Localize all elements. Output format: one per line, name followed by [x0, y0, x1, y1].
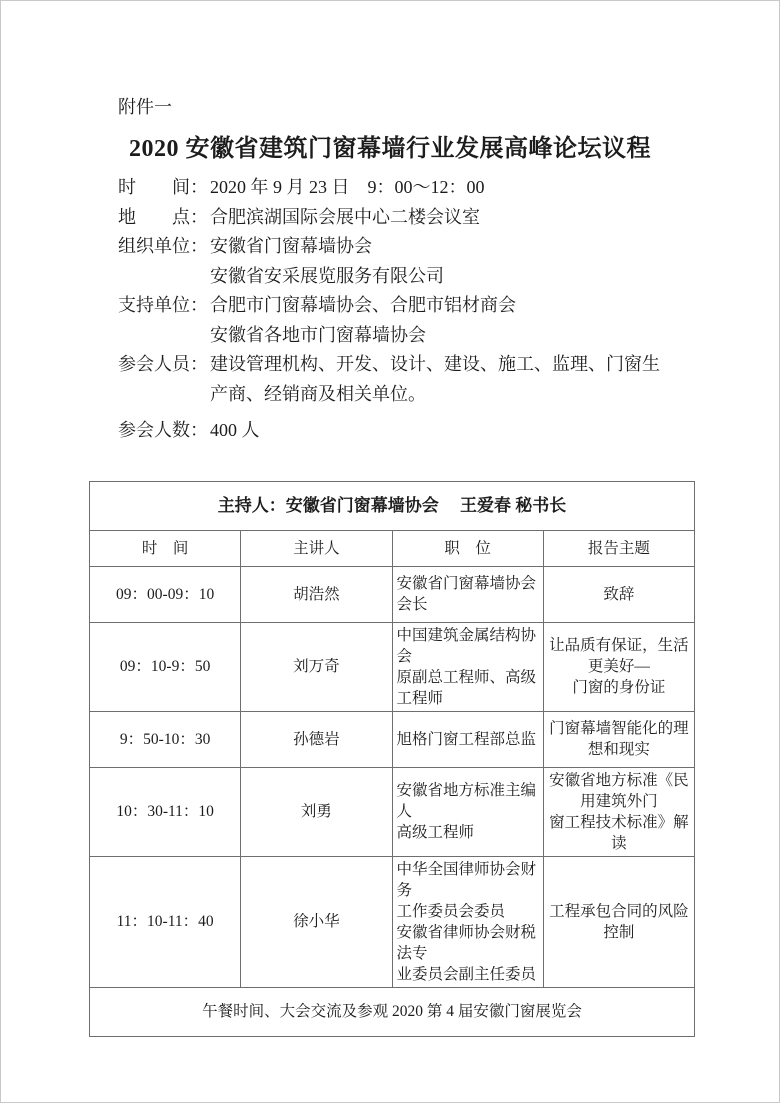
cell-speaker: 孙德岩	[241, 711, 392, 767]
cell-position: 安徽省地方标准主编人 高级工程师	[392, 767, 543, 856]
info-value-organizer: 安徽省门窗幕墙协会 安徽省安采展览服务有限公司	[210, 232, 719, 291]
cell-speaker: 胡浩然	[241, 566, 392, 622]
info-value-location: 合肥滨湖国际会展中心二楼会议室	[210, 203, 719, 233]
table-row: 09：00-09：10 胡浩然 安徽省门窗幕墙协会会长 致辞	[90, 566, 695, 622]
cell-time: 10：30-11：10	[90, 767, 241, 856]
cell-speaker: 徐小华	[241, 856, 392, 987]
cell-topic: 安徽省地方标准《民用建筑外门 窗工程技术标准》解读	[543, 767, 694, 856]
info-label-participants: 参会人员：	[118, 350, 210, 380]
info-line: 安徽省各地市门窗幕墙协会	[210, 321, 719, 351]
info-value-supporter: 合肥市门窗幕墙协会、合肥市铝材商会 安徽省各地市门窗幕墙协会	[210, 291, 719, 350]
cell-position: 安徽省门窗幕墙协会会长	[392, 566, 543, 622]
info-line: 合肥市门窗幕墙协会、合肥市铝材商会	[210, 291, 719, 321]
table-row: 9：50-10：30 孙德岩 旭格门窗工程部总监 门窗幕墙智能化的理想和现实	[90, 711, 695, 767]
cell-time: 09：00-09：10	[90, 566, 241, 622]
cell-topic: 工程承包合同的风险控制	[543, 856, 694, 987]
attachment-label: 附件一	[118, 95, 779, 119]
info-row-location: 地 点： 合肥滨湖国际会展中心二楼会议室	[118, 203, 719, 233]
table-header-row: 时 间 主讲人 职 位 报告主题	[90, 530, 695, 566]
info-line: 建设管理机构、开发、设计、建设、施工、监理、门窗生	[210, 350, 719, 380]
info-row-organizer: 组织单位： 安徽省门窗幕墙协会 安徽省安采展览服务有限公司	[118, 232, 719, 291]
info-block: 时 间： 2020 年 9 月 23 日 9：00～12：00 地 点： 合肥滨…	[118, 173, 719, 446]
info-line: 2020 年 9 月 23 日 9：00～12：00	[210, 173, 719, 203]
agenda-table: 主持人：安徽省门窗幕墙协会 王爱春 秘书长 时 间 主讲人 职 位 报告主题 0…	[89, 481, 695, 1037]
header-topic: 报告主题	[543, 530, 694, 566]
cell-speaker: 刘勇	[241, 767, 392, 856]
page-title: 2020 安徽省建筑门窗幕墙行业发展高峰论坛议程	[41, 133, 739, 165]
cell-time: 09：10-9：50	[90, 622, 241, 711]
info-value-time: 2020 年 9 月 23 日 9：00～12：00	[210, 173, 719, 203]
cell-topic: 让品质有保证，生活更美好— 门窗的身份证	[543, 622, 694, 711]
info-label-location: 地 点：	[118, 203, 210, 233]
info-row-participants: 参会人员： 建设管理机构、开发、设计、建设、施工、监理、门窗生 产商、经销商及相…	[118, 350, 719, 409]
header-time: 时 间	[90, 530, 241, 566]
table-row: 09：10-9：50 刘万奇 中国建筑金属结构协会 原副总工程师、高级工程师 让…	[90, 622, 695, 711]
table-footer-row: 午餐时间、大会交流及参观 2020 第 4 届安徽门窗展览会	[90, 987, 695, 1036]
moderator-cell: 主持人：安徽省门窗幕墙协会 王爱春 秘书长	[90, 481, 695, 530]
info-value-attendance: 400 人	[210, 416, 719, 446]
header-position: 职 位	[392, 530, 543, 566]
cell-position: 中国建筑金属结构协会 原副总工程师、高级工程师	[392, 622, 543, 711]
document-page: 附件一 2020 安徽省建筑门窗幕墙行业发展高峰论坛议程 时 间： 2020 年…	[0, 0, 780, 1103]
cell-time: 9：50-10：30	[90, 711, 241, 767]
info-line: 安徽省门窗幕墙协会	[210, 232, 719, 262]
table-row: 11：10-11：40 徐小华 中华全国律师协会财务 工作委员会委员 安徽省律师…	[90, 856, 695, 987]
info-row-supporter: 支持单位： 合肥市门窗幕墙协会、合肥市铝材商会 安徽省各地市门窗幕墙协会	[118, 291, 719, 350]
cell-topic: 致辞	[543, 566, 694, 622]
cell-position: 旭格门窗工程部总监	[392, 711, 543, 767]
cell-position: 中华全国律师协会财务 工作委员会委员 安徽省律师协会财税法专 业委员会副主任委员	[392, 856, 543, 987]
moderator-row: 主持人：安徽省门窗幕墙协会 王爱春 秘书长	[90, 481, 695, 530]
info-label-attendance: 参会人数：	[118, 416, 210, 446]
footer-cell: 午餐时间、大会交流及参观 2020 第 4 届安徽门窗展览会	[90, 987, 695, 1036]
info-row-time: 时 间： 2020 年 9 月 23 日 9：00～12：00	[118, 173, 719, 203]
cell-time: 11：10-11：40	[90, 856, 241, 987]
cell-speaker: 刘万奇	[241, 622, 392, 711]
header-speaker: 主讲人	[241, 530, 392, 566]
info-row-attendance: 参会人数： 400 人	[118, 416, 719, 446]
info-line: 安徽省安采展览服务有限公司	[210, 262, 719, 292]
info-value-participants: 建设管理机构、开发、设计、建设、施工、监理、门窗生 产商、经销商及相关单位。	[210, 350, 719, 409]
cell-topic: 门窗幕墙智能化的理想和现实	[543, 711, 694, 767]
info-label-time: 时 间：	[118, 173, 210, 203]
info-line: 合肥滨湖国际会展中心二楼会议室	[210, 203, 719, 233]
info-line: 产商、经销商及相关单位。	[210, 380, 719, 410]
info-label-organizer: 组织单位：	[118, 232, 210, 262]
info-label-supporter: 支持单位：	[118, 291, 210, 321]
table-row: 10：30-11：10 刘勇 安徽省地方标准主编人 高级工程师 安徽省地方标准《…	[90, 767, 695, 856]
info-line: 400 人	[210, 416, 719, 446]
